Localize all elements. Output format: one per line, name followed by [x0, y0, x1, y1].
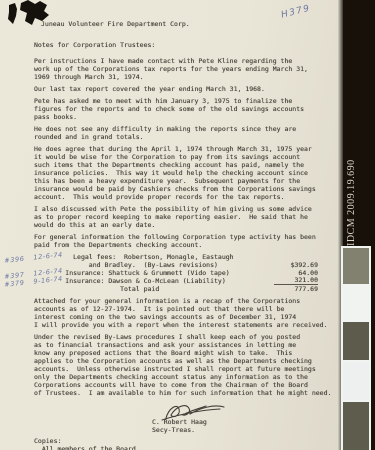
check-number: #379 — [4, 279, 25, 289]
ledger-row: #379 9-16-74 Insurance: Dawson & Co-McLe… — [34, 277, 318, 285]
copies-text: All members of the Board. — [34, 445, 338, 450]
paragraph: For general information the following Co… — [34, 233, 338, 249]
archive-accession-label: IDCM 2009.19.690 — [346, 134, 357, 246]
signer-title: Secy-Treas. — [152, 426, 338, 434]
ledger-total-amount: 777.69 — [274, 285, 318, 293]
calibration-square — [343, 248, 369, 284]
copies-label: Copies: — [34, 437, 338, 445]
ledger-total-row: Total paid 777.69 — [34, 285, 318, 293]
ledger-row: #396 12-6-74 Legal fees: Robertson, Mona… — [34, 253, 318, 261]
calibration-square — [343, 322, 369, 360]
paragraph: I also discussed with Pete the possibili… — [34, 205, 338, 229]
expense-ledger: #396 12-6-74 Legal fees: Robertson, Mona… — [34, 253, 318, 293]
paragraph: Pete has asked me to meet with him Janua… — [34, 97, 338, 121]
calibration-square — [343, 362, 369, 400]
calibration-square — [343, 286, 369, 320]
paragraph: Attached for your general information is… — [34, 297, 338, 329]
paragraph: Per instructions I have made contact wit… — [34, 57, 338, 81]
paragraph: Our last tax report covered the year end… — [34, 85, 338, 93]
letter-body: Juneau Volunteer Fire Department Corp. N… — [34, 20, 338, 450]
paragraph: Under the revised By-Laws procedures I s… — [34, 333, 338, 397]
ledger-desc: Total paid — [34, 285, 159, 293]
organization-name: Juneau Volunteer Fire Department Corp. — [41, 20, 338, 28]
handwritten-note-top-right: H379 — [280, 4, 311, 21]
grayscale-calibration-strip — [341, 246, 371, 450]
paragraph: He does not see any difficulty in making… — [34, 125, 338, 141]
ledger-amount: $392.69 — [274, 261, 318, 269]
scanned-letter-page: H379 Juneau Volunteer Fire Department Co… — [0, 0, 375, 450]
signer-name: C. Robert Haag — [152, 418, 338, 426]
ledger-amount-underlined: 321.00 — [274, 276, 318, 285]
copies-note: Copies: All members of the Board. — [34, 437, 338, 450]
letter-heading: Notes for Corporation Trustees: — [34, 41, 338, 49]
calibration-square — [343, 402, 369, 450]
check-number: #396 — [4, 255, 25, 265]
signature-block: C. Robert Haag Secy-Treas. — [152, 401, 338, 434]
paragraph: He does agree that during the April 1, 1… — [34, 145, 338, 201]
